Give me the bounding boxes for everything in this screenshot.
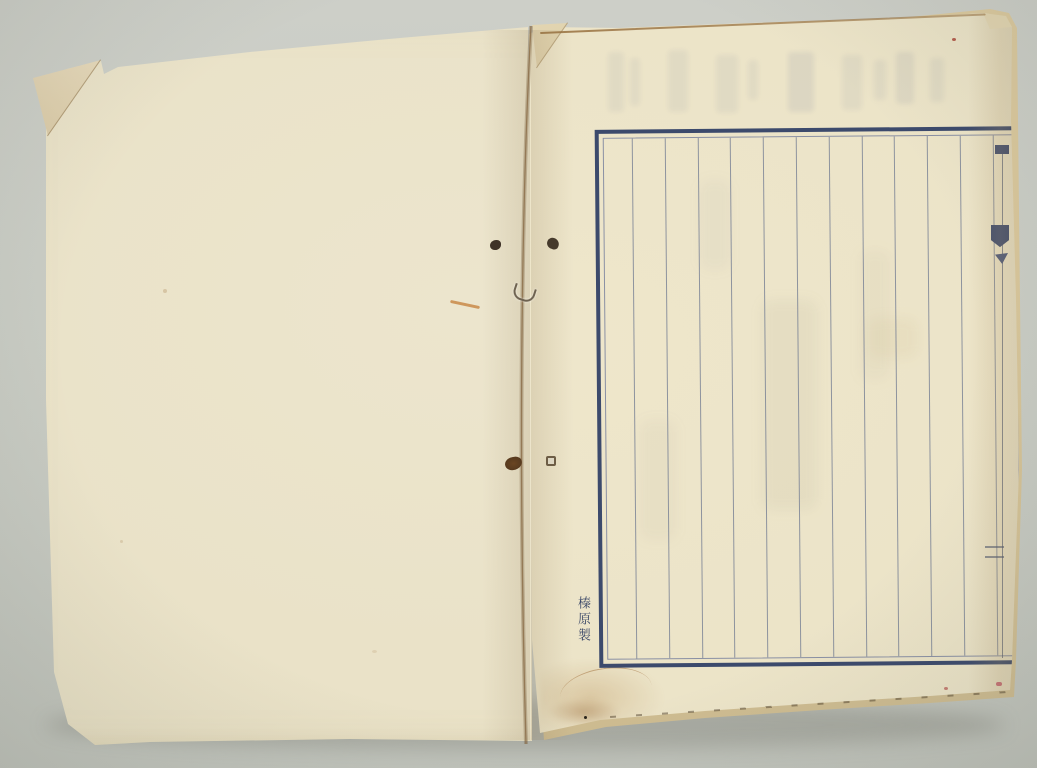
showthrough-ghost	[608, 52, 624, 112]
red-speck	[944, 687, 948, 690]
column-line	[829, 137, 835, 657]
column-line	[665, 138, 671, 658]
column-line	[796, 137, 802, 657]
foxing-spot	[120, 540, 123, 543]
ruled-frame-border	[595, 126, 1030, 668]
column-lines	[604, 135, 1021, 659]
foxing-spot	[163, 289, 167, 293]
maker-mark-text: 榛原製	[576, 596, 589, 644]
showthrough-ghost	[630, 58, 640, 106]
column-line	[697, 138, 703, 658]
column-line	[730, 138, 736, 658]
showthrough-ghost	[930, 58, 944, 102]
gutter-shadow-right	[531, 30, 573, 740]
showthrough-ghost	[874, 60, 886, 100]
photograph-of-open-notebook: 榛原製	[0, 0, 1037, 768]
column-line	[763, 137, 769, 657]
column-line	[861, 137, 867, 657]
showthrough-ghost	[716, 55, 738, 113]
showthrough-ghost	[842, 55, 862, 110]
column-line	[632, 139, 638, 659]
column-line	[927, 136, 933, 656]
ink-speck	[584, 716, 587, 719]
showthrough-ghost	[788, 52, 814, 112]
red-speck	[952, 38, 956, 41]
punched-hole	[546, 456, 556, 466]
foxing-spot	[372, 650, 377, 653]
showthrough-ghost	[748, 60, 758, 100]
showthrough-ghost	[896, 52, 914, 104]
showthrough-ghost	[668, 50, 688, 112]
column-line	[960, 136, 966, 656]
column-line	[894, 136, 900, 656]
gutter-shadow-left	[482, 30, 530, 740]
